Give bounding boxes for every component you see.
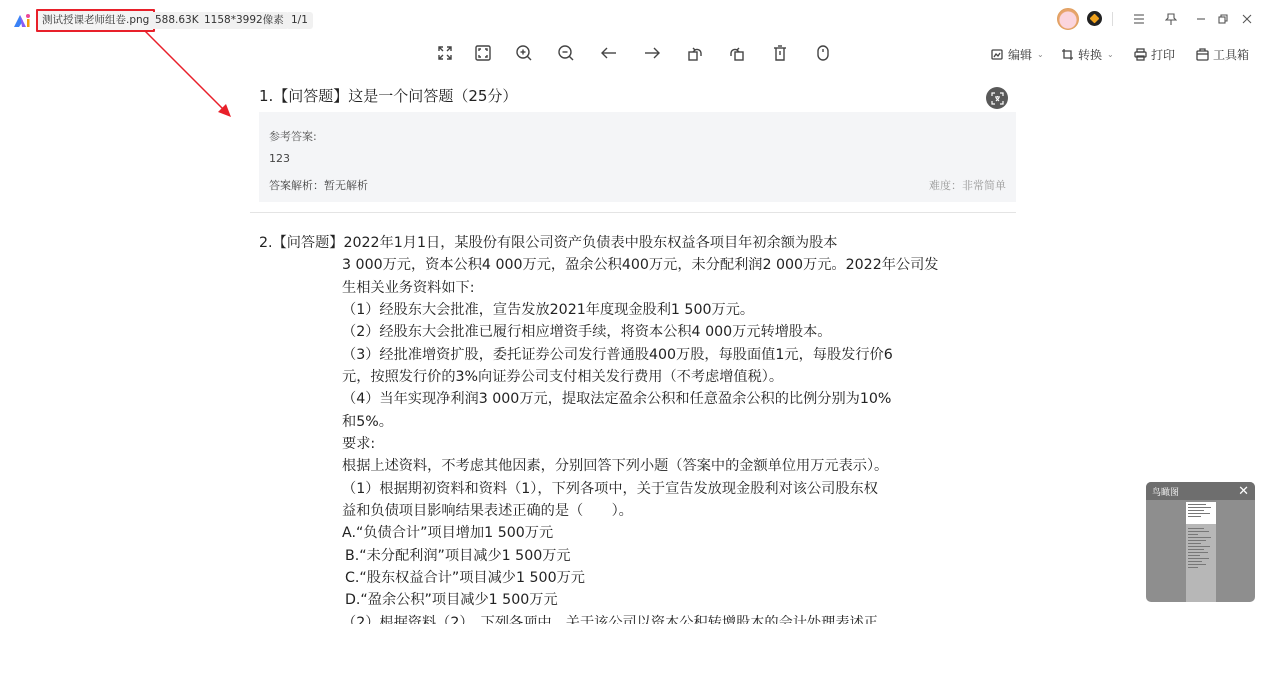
- material-item-3: （3）经批准增资扩股，委托证券公司发行普通股400万股，每股面值1元，每股发行价…: [342, 344, 893, 366]
- vip-badge-icon[interactable]: [1087, 11, 1102, 26]
- restore-icon[interactable]: [1214, 9, 1232, 29]
- question-2-line: 3 000万元，资本公积4 000万元，盈余公积400万元，未分配利润2 000…: [342, 254, 938, 276]
- question-2-title: 2.【问答题】2022年1月1日，某股份有限公司资产负债表中股东权益各项目年初余…: [259, 232, 837, 254]
- question-divider: [250, 212, 1016, 213]
- rotate-right-icon[interactable]: [726, 42, 748, 64]
- image-dimensions: 1158*3992像素: [199, 12, 289, 29]
- birdseye-title: 鸟瞰图: [1152, 485, 1179, 498]
- option-b: B.“未分配利润”项目减少1 500万元: [345, 545, 571, 567]
- question-1-title: 1.【问答题】这是一个问答题（25分）: [259, 85, 517, 106]
- answer-value: 123: [269, 152, 290, 165]
- difficulty-label: 难度：非常简单: [929, 177, 1006, 193]
- fit-screen-icon[interactable]: [472, 42, 494, 64]
- print-button[interactable]: 打印: [1134, 45, 1175, 63]
- edit-button[interactable]: 编辑 ⌄: [991, 45, 1044, 63]
- material-item-2: （2）经股东大会批准已履行相应增资手续，将资本公积4 000万元转增股本。: [342, 321, 831, 343]
- zoom-out-icon[interactable]: [555, 42, 577, 64]
- close-icon[interactable]: [1238, 9, 1256, 29]
- toolbox-button[interactable]: 工具箱: [1196, 45, 1249, 63]
- app-logo-icon: [13, 12, 33, 28]
- material-item-4: （4）当年实现净利润3 000万元，提取法定盈余公积和任意盈余公积的比例分别为1…: [342, 388, 891, 410]
- file-name: 测试授课老师组卷.png: [36, 9, 155, 32]
- requirements-heading: 要求:: [342, 433, 375, 455]
- option-a: A.“负债合计”项目增加1 500万元: [342, 522, 553, 544]
- answer-label: 参考答案:: [269, 128, 317, 144]
- translate-icon: [991, 92, 1004, 105]
- sub-question-2: （2）根据资料（2），下列各项中，关于该公司以资本公积转增股本的会计处理表述正: [342, 612, 878, 624]
- rotate-left-icon[interactable]: [684, 42, 706, 64]
- title-bar: 测试授课老师组卷.png 588.63K 1158*3992像素 1/1: [0, 0, 1267, 38]
- crop-icon: [1061, 48, 1074, 61]
- chevron-down-icon: ⌄: [1037, 50, 1044, 59]
- arrow-right-icon[interactable]: [641, 42, 663, 64]
- expand-icon[interactable]: [434, 42, 456, 64]
- birdseye-viewport[interactable]: [1186, 502, 1216, 524]
- arrow-left-icon[interactable]: [598, 42, 620, 64]
- option-d: D.“盈余公积”项目减少1 500万元: [345, 589, 558, 611]
- birdseye-panel: 鸟瞰图 ✕: [1146, 482, 1255, 602]
- minimize-icon[interactable]: [1192, 9, 1210, 29]
- convert-label: 转换: [1078, 46, 1102, 63]
- option-c: C.“股东权益合计”项目减少1 500万元: [345, 567, 585, 589]
- answer-panel: 参考答案: 123 答案解析：暂无解析 难度：非常简单: [259, 112, 1016, 202]
- sub-question-1: （1）根据期初资料和资料（1），下列各项中，关于宣告发放现金股利对该公司股东权: [342, 478, 878, 500]
- info-icon[interactable]: [812, 42, 834, 64]
- close-icon[interactable]: ✕: [1238, 485, 1249, 498]
- ocr-translate-button[interactable]: [986, 87, 1008, 109]
- question-2-line: 元，按照发行价的3%向证券公司支付相关发行费用（不考虑增值税）。: [342, 366, 783, 388]
- delete-icon[interactable]: [769, 42, 791, 64]
- question-2-line: 生相关业务资料如下:: [342, 277, 474, 299]
- convert-button[interactable]: 转换 ⌄: [1061, 45, 1114, 63]
- user-avatar[interactable]: [1057, 8, 1079, 30]
- material-item-1: （1）经股东大会批准，宣告发放2021年度现金股利1 500万元。: [342, 299, 754, 321]
- zoom-in-icon[interactable]: [513, 42, 535, 64]
- print-label: 打印: [1151, 46, 1175, 63]
- pin-icon[interactable]: [1162, 9, 1180, 29]
- toolbox-icon: [1196, 48, 1209, 61]
- page-indicator: 1/1: [286, 12, 313, 29]
- divider: [1112, 12, 1113, 26]
- chevron-down-icon: ⌄: [1107, 50, 1114, 59]
- edit-label: 编辑: [1008, 46, 1032, 63]
- menu-icon[interactable]: [1130, 9, 1148, 29]
- question-2-line: 益和负债项目影响结果表述正确的是（ ）。: [342, 500, 633, 522]
- answer-analysis: 答案解析：暂无解析: [269, 177, 368, 193]
- toolbox-label: 工具箱: [1213, 46, 1249, 63]
- birdseye-header: 鸟瞰图 ✕: [1146, 482, 1255, 500]
- question-2-line: 根据上述资料，不考虑其他因素，分别回答下列小题（答案中的金额单位用万元表示）。: [342, 455, 888, 477]
- printer-icon: [1134, 48, 1147, 61]
- file-size: 588.63K: [150, 12, 204, 29]
- edit-image-icon: [991, 48, 1004, 61]
- question-2-line: 和5%。: [342, 411, 393, 433]
